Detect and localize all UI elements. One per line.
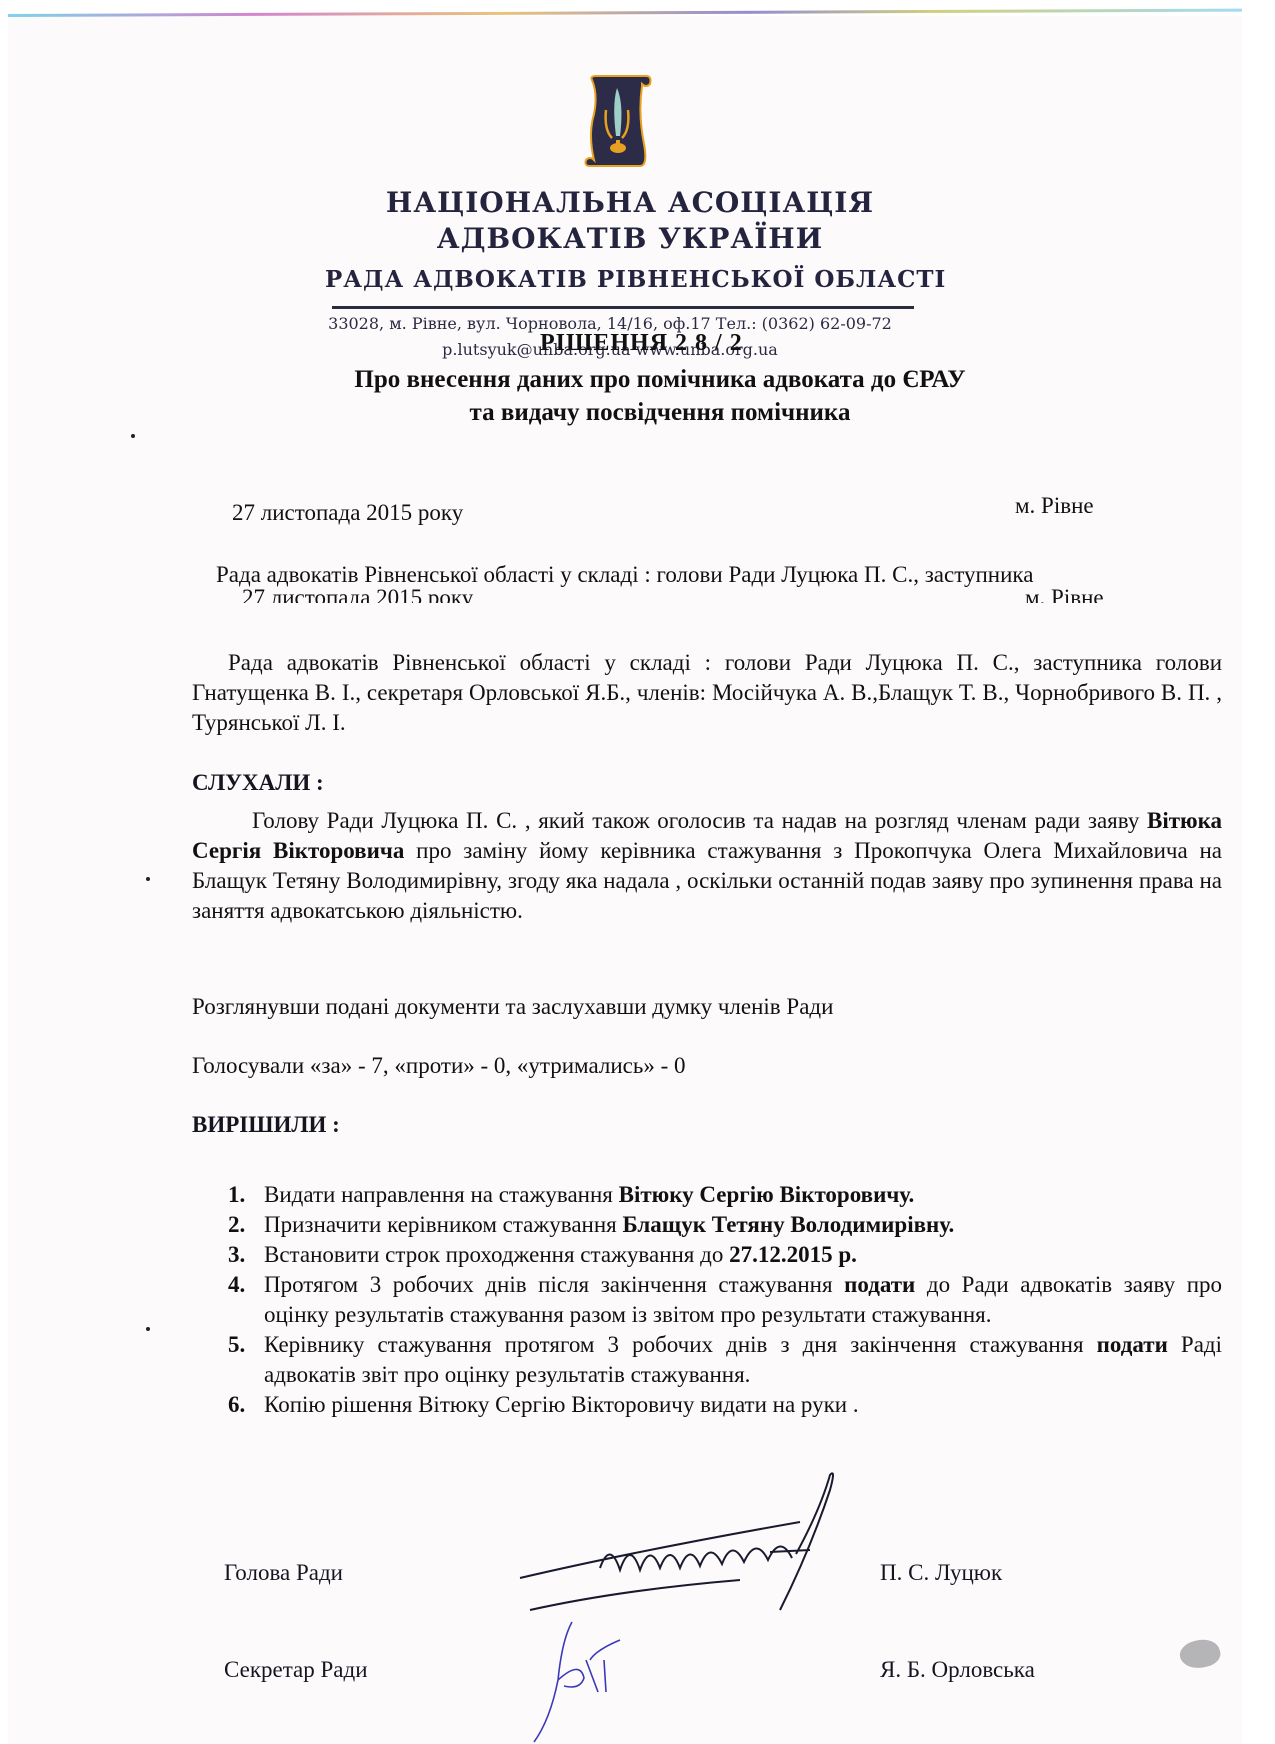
scan-speck — [146, 877, 150, 881]
chair-role: Голова Ради — [224, 1560, 343, 1586]
considered-line: Розглянувши подані документи та заслухав… — [192, 994, 833, 1020]
resolution-list: 1.Видати направлення на стажування Вітюк… — [222, 1180, 1222, 1420]
scan-speck — [131, 434, 135, 438]
resolution-item: 1.Видати направлення на стажування Вітюк… — [222, 1180, 1222, 1210]
council-composition: Рада адвокатів Рівненської області у скл… — [192, 648, 1222, 738]
resolution-item: 2.Призначити керівником стажування Блащу… — [222, 1210, 1222, 1240]
decision-title: Про внесення даних про помічника адвокат… — [250, 364, 1070, 429]
resolution-item: 5.Керівнику стажування протягом 3 робочи… — [222, 1330, 1222, 1390]
secretary-name: Я. Б. Орловська — [880, 1657, 1035, 1683]
resolution-item: 6.Копію рішення Вітюку Сергію Вікторович… — [222, 1390, 1222, 1420]
chair-signature-icon — [500, 1470, 920, 1620]
decision-title-line1: Про внесення даних про помічника адвокат… — [250, 364, 1070, 397]
decision-number: РІШЕННЯ 2 8 / 2 — [540, 330, 743, 357]
decision-date: 27 листопада 2015 року — [232, 500, 463, 526]
scan-speck — [146, 1327, 150, 1331]
decided-heading: ВИРІШИЛИ : — [192, 1112, 340, 1138]
council-name: РАДА АДВОКАТІВ РІВНЕНСЬКОЇ ОБЛАСТІ — [325, 266, 925, 293]
heard-heading: СЛУХАЛИ : — [192, 770, 324, 796]
org-name-line2: АДВОКАТІВ УКРАЇНИ — [300, 222, 960, 255]
resolution-item: 3.Встановити строк проходження стажуванн… — [222, 1240, 1222, 1270]
heard-text-pre: Голову Ради Луцюка П. С. , який також ог… — [252, 808, 1147, 833]
letterhead-divider — [332, 306, 914, 309]
heard-paragraph: Голову Ради Луцюка П. С. , який також ог… — [192, 806, 1222, 926]
vote-result: Голосували «за» - 7, «проти» - 0, «утрим… — [192, 1053, 686, 1079]
decision-title-line2: та видачу посвідчення помічника — [250, 397, 1070, 430]
org-name-line1: НАЦІОНАЛЬНА АСОЦІАЦІЯ — [300, 186, 960, 219]
decision-city: м. Рівне — [1015, 493, 1094, 519]
secretary-signature-icon — [520, 1620, 640, 1744]
secretary-role: Секретар Ради — [224, 1657, 368, 1683]
overprint-composition-line: Рада адвокатів Рівненської області у скл… — [216, 562, 1033, 588]
resolution-item: 4.Протягом 3 робочих днів після закінчен… — [222, 1270, 1222, 1330]
scroll-quill-trident-logo-icon — [582, 74, 652, 170]
